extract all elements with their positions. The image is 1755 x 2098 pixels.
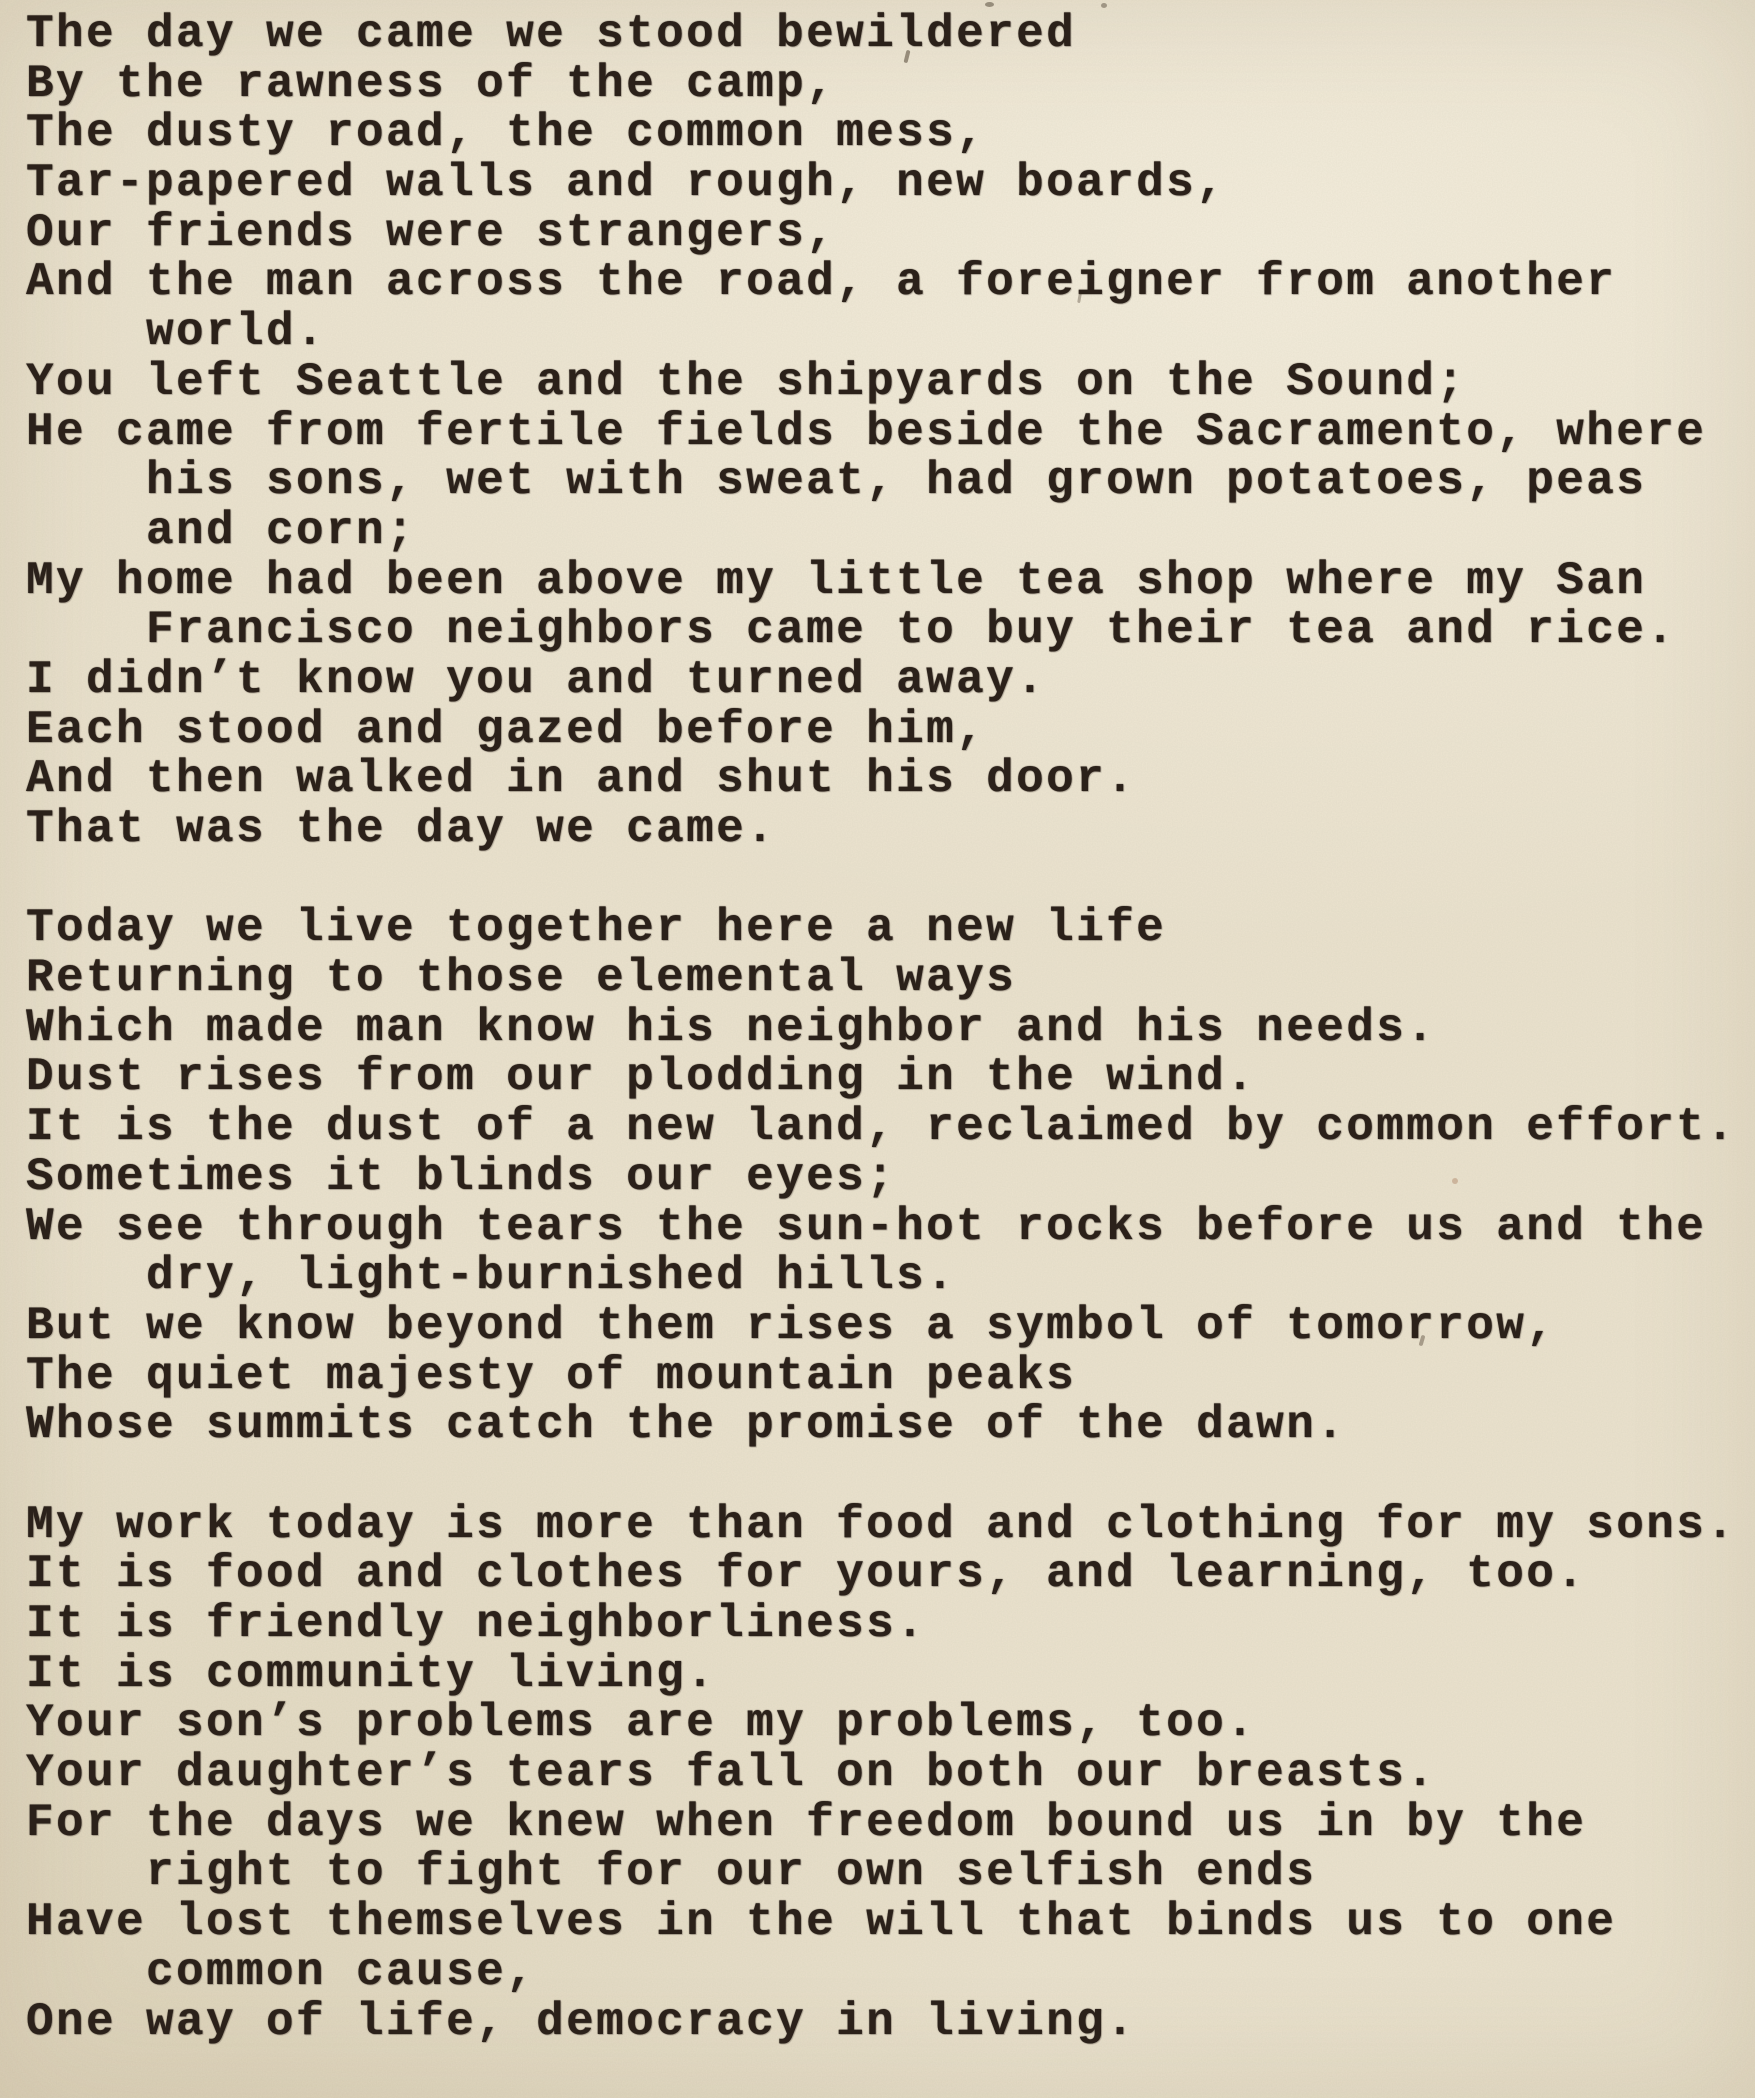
stanza: My work today is more than food and clot… bbox=[26, 1501, 1736, 2048]
poem-line: It is friendly neighborliness. bbox=[26, 1600, 1736, 1650]
poem-line: Have lost themselves in the will that bi… bbox=[26, 1898, 1736, 1948]
poem-line: He came from fertile fields beside the S… bbox=[26, 408, 1736, 458]
poem-line: And the man across the road, a foreigner… bbox=[26, 258, 1736, 308]
poem-line: his sons, wet with sweat, had grown pota… bbox=[26, 457, 1736, 507]
poem-line: That was the day we came. bbox=[26, 805, 1736, 855]
poem-line: The day we came we stood bewildered bbox=[26, 10, 1736, 60]
poem-line: It is the dust of a new land, reclaimed … bbox=[26, 1103, 1736, 1153]
poem-line: And then walked in and shut his door. bbox=[26, 755, 1736, 805]
poem-line: Whose summits catch the promise of the d… bbox=[26, 1401, 1736, 1451]
poem-line: You left Seattle and the shipyards on th… bbox=[26, 358, 1736, 408]
paper-page: The day we came we stood bewilderedBy th… bbox=[0, 0, 1755, 2098]
ink-speck bbox=[985, 2, 994, 7]
ink-speck bbox=[1101, 3, 1107, 8]
poem-line: Each stood and gazed before him, bbox=[26, 706, 1736, 756]
poem-line: It is community living. bbox=[26, 1650, 1736, 1700]
poem-line: By the rawness of the camp, bbox=[26, 60, 1736, 110]
poem-line: Your daughter’s tears fall on both our b… bbox=[26, 1749, 1736, 1799]
poem-line: Francisco neighbors came to buy their te… bbox=[26, 606, 1736, 656]
poem-line: Sometimes it blinds our eyes; bbox=[26, 1153, 1736, 1203]
poem-line: dry, light-burnished hills. bbox=[26, 1252, 1736, 1302]
poem-line: My work today is more than food and clot… bbox=[26, 1501, 1736, 1551]
poem-line: Dust rises from our plodding in the wind… bbox=[26, 1053, 1736, 1103]
poem-line: Today we live together here a new life bbox=[26, 904, 1736, 954]
poem-line: The quiet majesty of mountain peaks bbox=[26, 1352, 1736, 1402]
poem-line: My home had been above my little tea sho… bbox=[26, 557, 1736, 607]
poem-line: One way of life, democracy in living. bbox=[26, 1998, 1736, 2048]
poem-line: Which made man know his neighbor and his… bbox=[26, 1004, 1736, 1054]
poem-line: It is food and clothes for yours, and le… bbox=[26, 1550, 1736, 1600]
poem-line: Your son’s problems are my problems, too… bbox=[26, 1699, 1736, 1749]
poem: The day we came we stood bewilderedBy th… bbox=[26, 10, 1736, 2047]
poem-line: and corn; bbox=[26, 507, 1736, 557]
stanza: Today we live together here a new lifeRe… bbox=[26, 904, 1736, 1451]
poem-line: But we know beyond them rises a symbol o… bbox=[26, 1302, 1736, 1352]
poem-line: common cause, bbox=[26, 1948, 1736, 1998]
poem-line: right to fight for our own selfish ends bbox=[26, 1848, 1736, 1898]
stanza: The day we came we stood bewilderedBy th… bbox=[26, 10, 1736, 855]
poem-line: We see through tears the sun-hot rocks b… bbox=[26, 1203, 1736, 1253]
poem-line: The dusty road, the common mess, bbox=[26, 109, 1736, 159]
poem-line: world. bbox=[26, 308, 1736, 358]
poem-line: For the days we knew when freedom bound … bbox=[26, 1799, 1736, 1849]
poem-line: Returning to those elemental ways bbox=[26, 954, 1736, 1004]
poem-line: Our friends were strangers, bbox=[26, 209, 1736, 259]
poem-line: I didn’t know you and turned away. bbox=[26, 656, 1736, 706]
poem-line: Tar-papered walls and rough, new boards, bbox=[26, 159, 1736, 209]
